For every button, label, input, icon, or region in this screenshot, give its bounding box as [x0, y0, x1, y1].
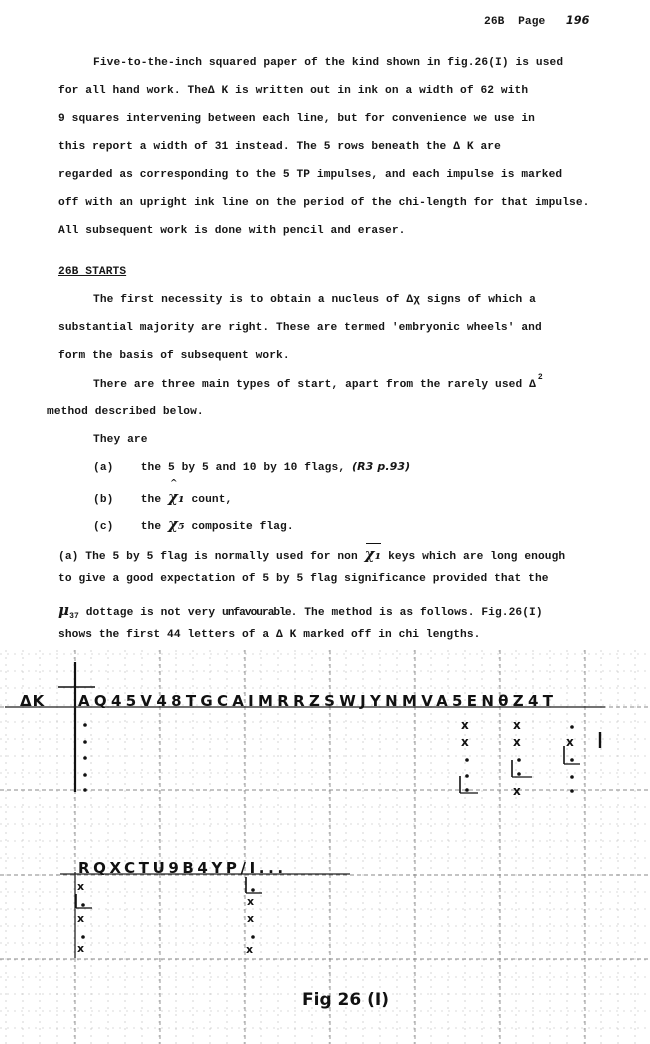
- p1-line-3: 9 squares intervening between each line,…: [58, 113, 535, 125]
- p4-text: . The method is as follows. Fig.26(I): [291, 607, 543, 619]
- page-header: 26B Page 196: [484, 14, 589, 28]
- p4-text: dottage is not very: [79, 607, 222, 619]
- p2-line-3: form the basis of subsequent work.: [58, 350, 290, 362]
- list-text-after: count,: [185, 494, 233, 506]
- svg-text:x: x: [77, 912, 84, 925]
- delta-k-label: ΔK: [20, 692, 45, 710]
- chi-5-symbol: χ₅: [168, 515, 185, 533]
- p2-line-1: The first necessity is to obtain a nucle…: [93, 294, 536, 306]
- p1-line-2: for all hand work. TheΔ K is written out…: [58, 85, 528, 97]
- figure-row-1-letters: AQ45V48TGCAIMRRZSWJYNMVA5ENθZ4T: [78, 692, 557, 710]
- svg-text:x: x: [461, 718, 469, 732]
- list-marker: (a): [93, 462, 113, 474]
- list-marker: (b): [93, 494, 113, 506]
- they-are-label: They are: [93, 434, 148, 446]
- list-item-a: (a) the 5 by 5 and 10 by 10 flags, (R3 p…: [93, 460, 410, 474]
- list-text: the 5 by 5 and 10 by 10 flags,: [141, 462, 345, 474]
- mu-symbol: μ: [58, 601, 69, 619]
- svg-text:x: x: [246, 943, 253, 956]
- p1-line-7: All subsequent work is done with pencil …: [58, 225, 406, 237]
- svg-text:x: x: [77, 880, 84, 893]
- list-text-before: the: [141, 494, 168, 506]
- p1-line-1: Five-to-the-inch squared paper of the ki…: [93, 57, 563, 69]
- svg-text:x: x: [247, 895, 254, 908]
- svg-text:x: x: [77, 942, 84, 955]
- section-heading: 26B STARTS: [58, 266, 126, 278]
- p4-text: (a) The 5 by 5 flag is normally used for…: [58, 551, 365, 563]
- mu-subscript: 37: [69, 612, 79, 621]
- p2-line-2: substantial majority are right. These ar…: [58, 322, 542, 334]
- p3-line-2: method described below.: [47, 406, 204, 418]
- p3-line-1: There are three main types of start, apa…: [93, 379, 543, 391]
- page-label: Page: [518, 16, 545, 28]
- p4-line-1: (a) The 5 by 5 flag is normally used for…: [58, 545, 565, 563]
- page-prefix: 26B: [484, 16, 504, 28]
- p4-text: keys which are long enough: [381, 551, 565, 563]
- chi-hat-symbol: χ₁: [168, 488, 185, 506]
- p4-line-2: to give a good expectation of 5 by 5 fla…: [58, 573, 549, 585]
- chi-bar-symbol: χ₁: [365, 545, 382, 563]
- delta-squared-superscript: 2: [538, 373, 543, 382]
- svg-text:x: x: [513, 718, 521, 732]
- list-item-c: (c) the χ₅ composite flag.: [93, 515, 294, 533]
- svg-text:x: x: [513, 784, 521, 798]
- list-marker: (c): [93, 521, 113, 533]
- handwritten-correction: unfavourable: [222, 607, 291, 619]
- figure-caption: Fig 26 (I): [302, 990, 389, 1010]
- p1-line-4: this report a width of 31 instead. The 5…: [58, 141, 501, 153]
- p4-line-3: μ37 dottage is not very unfavourable. Th…: [58, 601, 543, 619]
- handwritten-reference-note: (R3 p.93): [352, 460, 410, 473]
- list-text-after: composite flag.: [185, 521, 294, 533]
- page-number: 196: [566, 14, 590, 27]
- p3-text: There are three main types of start, apa…: [93, 379, 536, 391]
- svg-text:x: x: [461, 735, 469, 749]
- list-text-before: the: [141, 521, 168, 533]
- svg-text:x: x: [566, 735, 574, 749]
- svg-text:x: x: [513, 735, 521, 749]
- list-item-b: (b) the χ₁ count,: [93, 488, 232, 506]
- svg-text:x: x: [247, 912, 254, 925]
- figure-row-2-letters: RQXCTU9B4YP/I...: [78, 859, 287, 877]
- p1-line-5: regarded as corresponding to the 5 TP im…: [58, 169, 562, 181]
- p4-line-4: shows the first 44 letters of a Δ K mark…: [58, 629, 480, 641]
- figure-26-grid: xxxxxxxxxxxx ΔK AQ45V48TGCAIMRRZSWJYNMVA…: [0, 650, 650, 1044]
- p1-line-6: off with an upright ink line on the peri…: [58, 197, 589, 209]
